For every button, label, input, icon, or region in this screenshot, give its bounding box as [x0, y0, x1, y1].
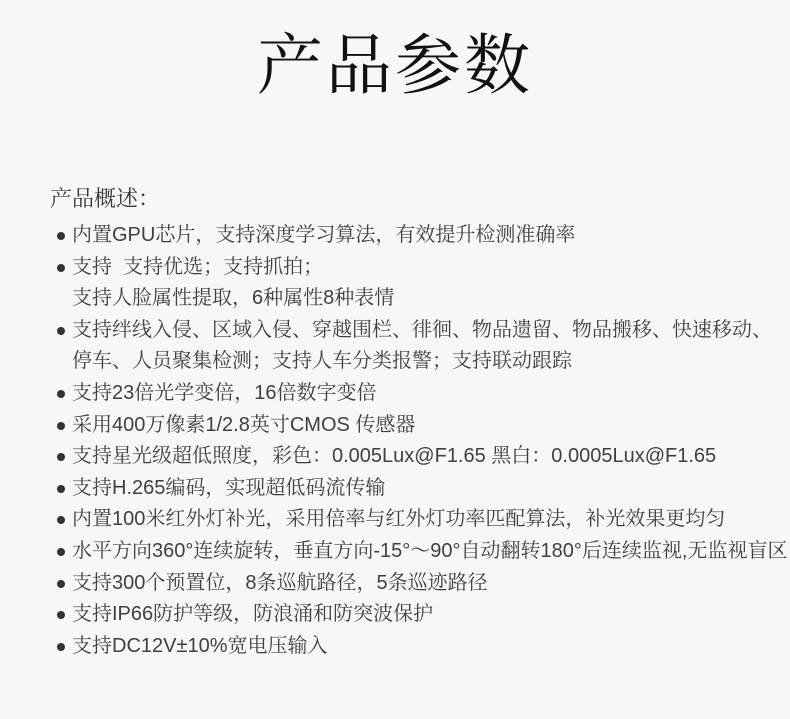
list-item: 支持绊线入侵、区域入侵、穿越围栏、徘徊、物品遗留、物品搬移、快速移动、 停车、人…: [50, 315, 754, 378]
page-title: 产品参数: [0, 26, 790, 104]
bullet-icon: [57, 453, 65, 461]
list-item-line: 支持星光级超低照度，彩色：0.005Lux@F1.65 黑白：0.0005Lux…: [72, 441, 754, 473]
bullet-icon: [57, 611, 65, 619]
overview-heading: 产品概述：: [50, 186, 754, 212]
list-item: 支持23倍光学变倍，16倍数字变倍: [50, 378, 754, 410]
list-item-line: 停车、人员聚集检测；支持人车分类报警；支持联动跟踪: [72, 346, 754, 378]
list-item: 支持星光级超低照度，彩色：0.005Lux@F1.65 黑白：0.0005Lux…: [50, 441, 754, 473]
bullet-icon: [57, 516, 65, 524]
list-item: 支持H.265编码，实现超低码流传输: [50, 473, 754, 505]
list-item: 支持IP66防护等级，防浪涌和防突波保护: [50, 599, 754, 631]
list-item-line: 采用400万像素1/2.8英寸CMOS 传感器: [72, 410, 754, 442]
overview-list: 内置GPU芯片，支持深度学习算法，有效提升检测准确率 支持 支持优选；支持抓拍；…: [50, 220, 754, 662]
bullet-icon: [57, 390, 65, 398]
list-item-line: 内置100米红外灯补光，采用倍率与红外灯功率匹配算法，补光效果更均匀: [72, 504, 754, 536]
list-item-line: 水平方向360°连续旋转，垂直方向-15°～90°自动翻转180°后连续监视,无…: [72, 536, 754, 568]
list-item-line: 支持绊线入侵、区域入侵、穿越围栏、徘徊、物品遗留、物品搬移、快速移动、: [72, 315, 754, 347]
list-item: 采用400万像素1/2.8英寸CMOS 传感器: [50, 410, 754, 442]
list-item-line: 支持H.265编码，实现超低码流传输: [72, 473, 754, 505]
list-item-line: 支持人脸属性提取，6种属性8种表情: [72, 283, 754, 315]
bullet-icon: [57, 485, 65, 493]
list-item: 支持DC12V±10%宽电压输入: [50, 631, 754, 663]
list-item: 内置100米红外灯补光，采用倍率与红外灯功率匹配算法，补光效果更均匀: [50, 504, 754, 536]
bullet-icon: [57, 232, 65, 240]
bullet-icon: [57, 580, 65, 588]
bullet-icon: [57, 327, 65, 335]
list-item: 内置GPU芯片，支持深度学习算法，有效提升检测准确率: [50, 220, 754, 252]
product-overview-section: 产品概述： 内置GPU芯片，支持深度学习算法，有效提升检测准确率 支持 支持优选…: [50, 186, 754, 662]
list-item-line: 支持23倍光学变倍，16倍数字变倍: [72, 378, 754, 410]
list-item-line: 支持DC12V±10%宽电压输入: [72, 631, 754, 663]
list-item-line: 支持 支持优选；支持抓拍；: [72, 252, 754, 284]
bullet-icon: [57, 548, 65, 556]
bullet-icon: [57, 264, 65, 272]
bullet-icon: [57, 643, 65, 651]
list-item-line: 支持300个预置位，8条巡航路径，5条巡迹路径: [72, 568, 754, 600]
list-item: 支持 支持优选；支持抓拍； 支持人脸属性提取，6种属性8种表情: [50, 252, 754, 315]
list-item-line: 内置GPU芯片，支持深度学习算法，有效提升检测准确率: [72, 220, 754, 252]
page-header: 产品参数: [0, 0, 790, 104]
bullet-icon: [57, 422, 65, 430]
list-item-line: 支持IP66防护等级，防浪涌和防突波保护: [72, 599, 754, 631]
list-item: 水平方向360°连续旋转，垂直方向-15°～90°自动翻转180°后连续监视,无…: [50, 536, 754, 568]
list-item: 支持300个预置位，8条巡航路径，5条巡迹路径: [50, 568, 754, 600]
